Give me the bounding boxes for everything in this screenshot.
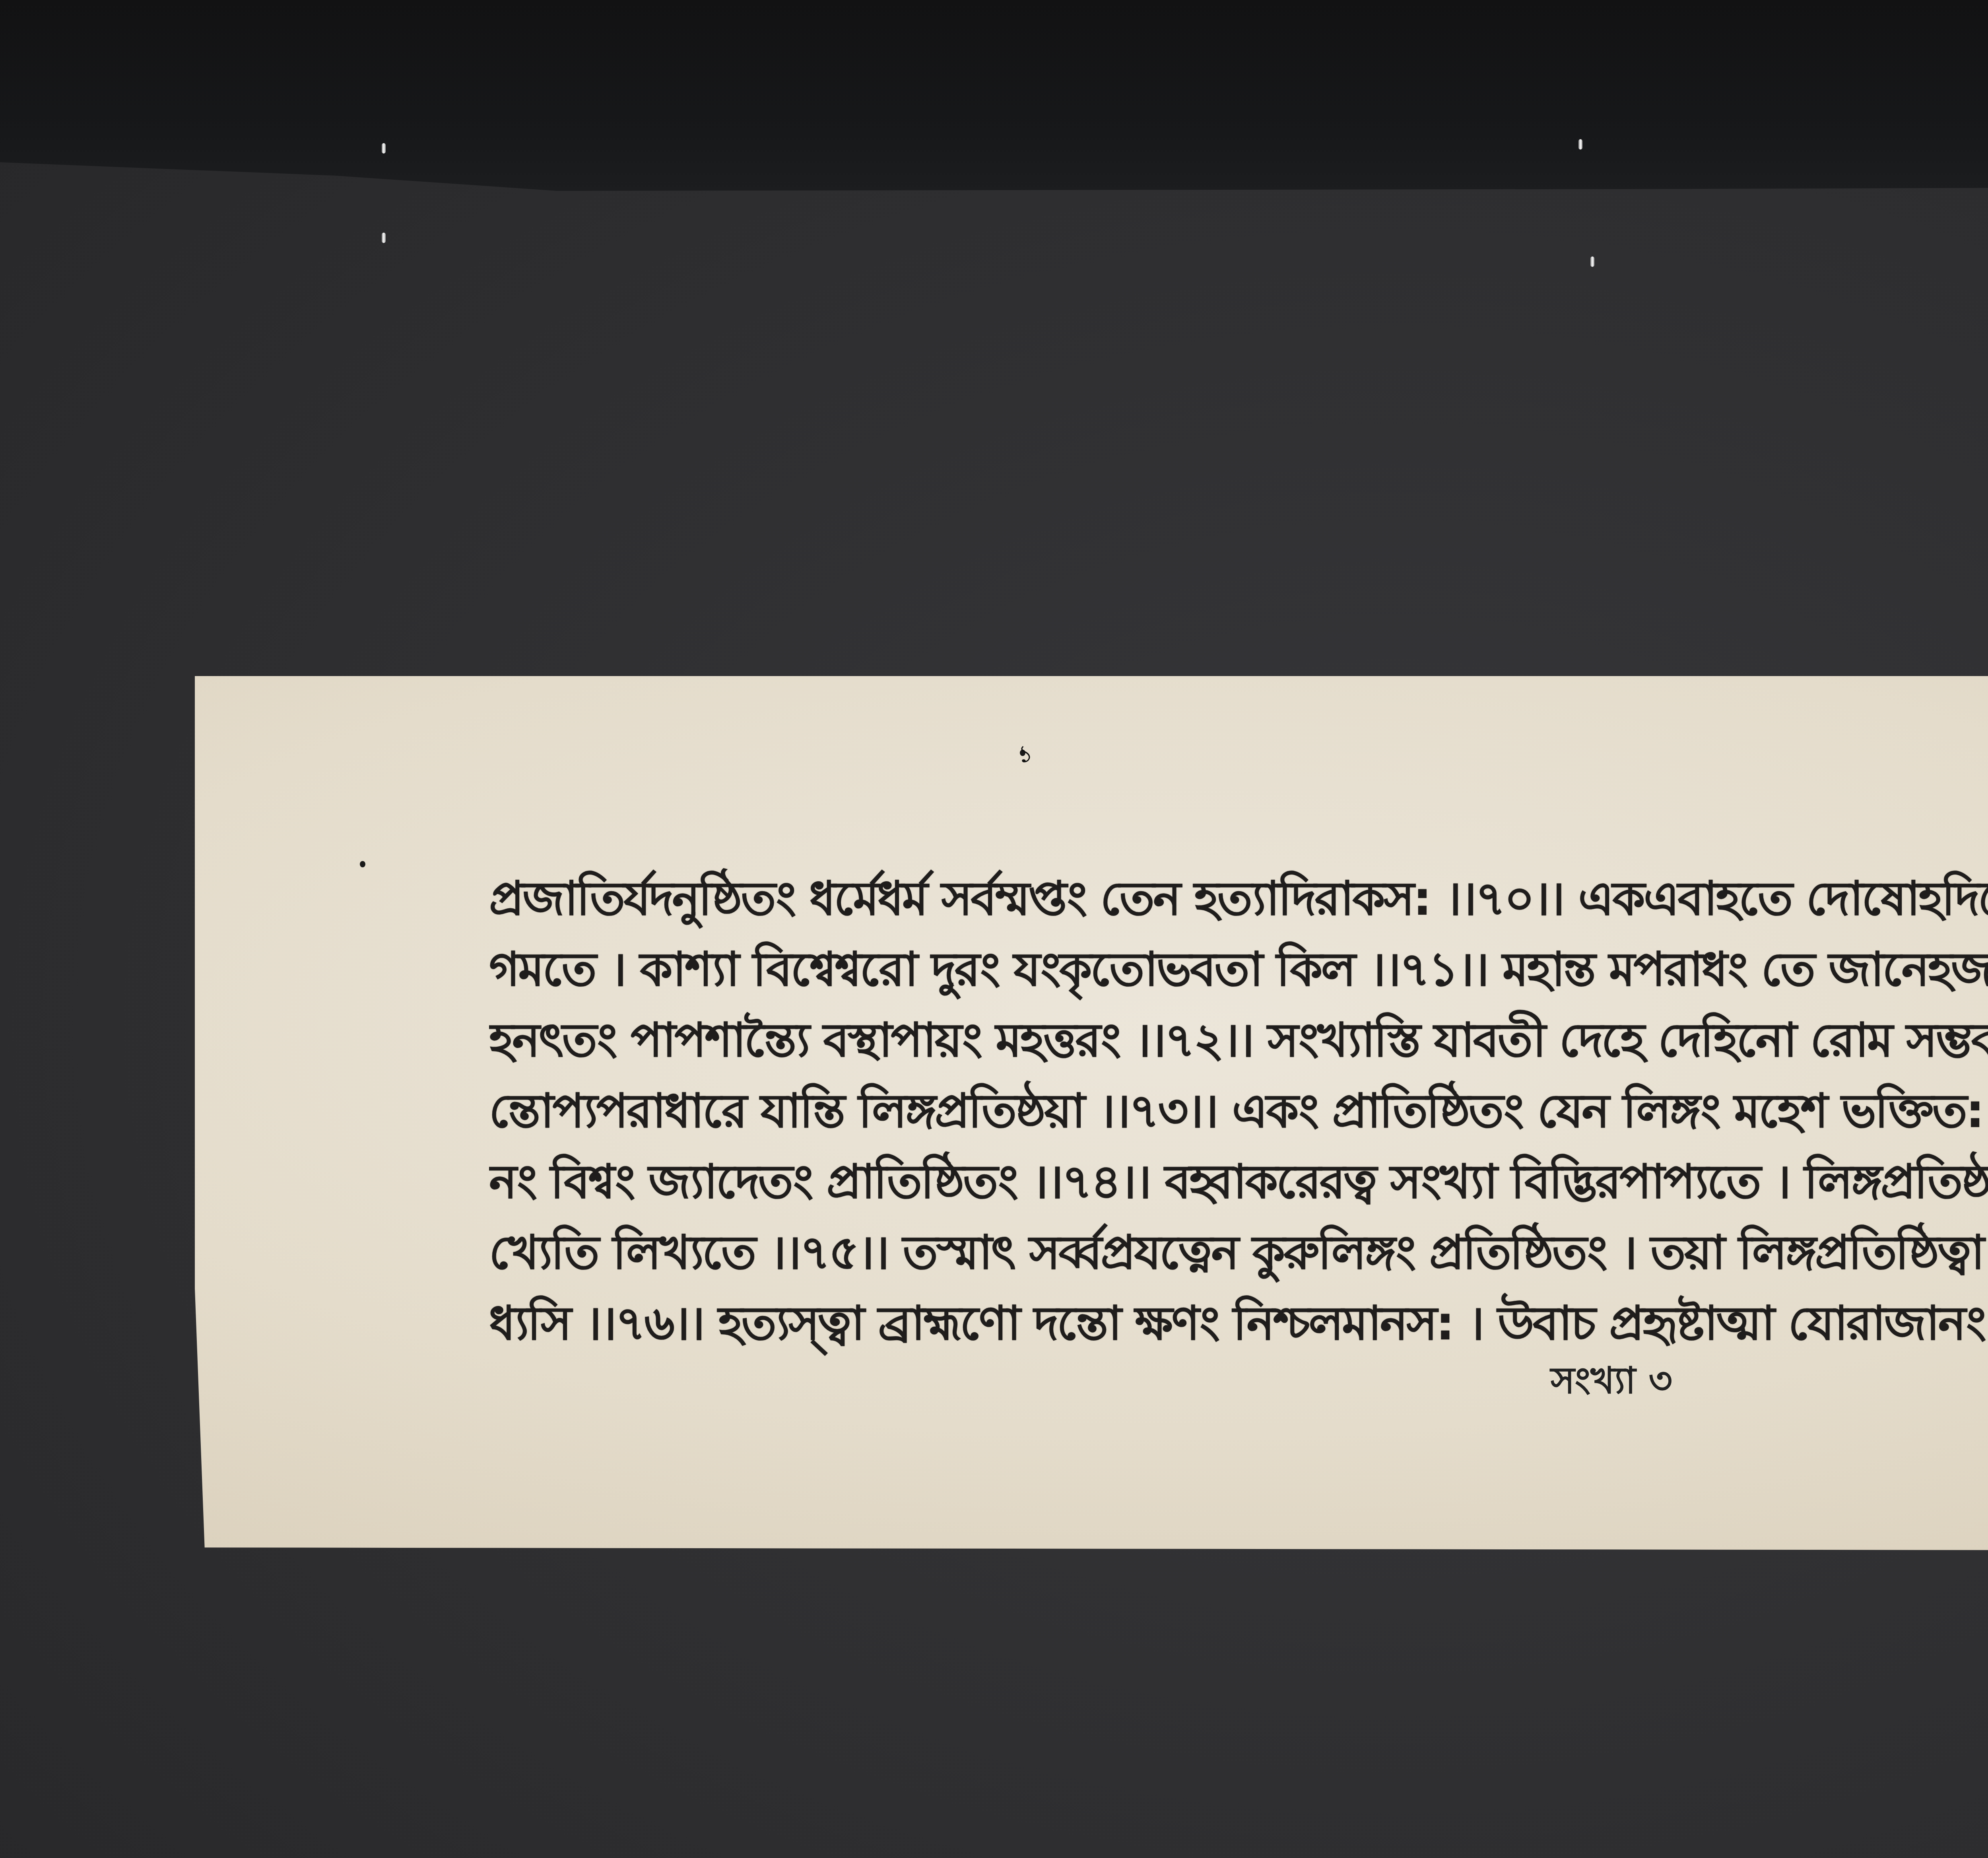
- text-line: ন্তোপ্যপরাধারে যান্তি লিঙ্গপ্রতিষ্ঠয়া ।…: [489, 1075, 1988, 1146]
- pin-icon: [382, 143, 386, 154]
- pin-icon: [1578, 139, 1582, 150]
- marginal-note: ১: [1018, 736, 1033, 775]
- manuscript-text: প্রজাতির্যদনুষ্ঠিতং ধর্মেধর্ম সর্বম্মপ্ত…: [489, 863, 1988, 1359]
- text-line: প্রজাতির্যদনুষ্ঠিতং ধর্মেধর্ম সর্বম্মপ্ত…: [489, 863, 1988, 934]
- text-line: ধ্যসি ।।৭৬।। হত্যস্ত্বা ব্রাহ্মণো দন্তো …: [489, 1288, 1988, 1359]
- text-line: নং বিশ্বং জ্যাদেতং প্রাতিষ্ঠিতং ।।৭৪।। ব…: [489, 1146, 1988, 1217]
- text-line: হনৎতং পাপশান্ত্যৈ বস্থাপায়ং মহত্তরং ।।৭…: [489, 1005, 1988, 1075]
- pin-icon: [382, 233, 386, 243]
- text-line: খ্যেতি লিখ্যতে ।।৭৫।। তস্মাৎ সর্ব্বপ্রযত…: [489, 1217, 1988, 1288]
- mount-flap: [0, 0, 1988, 191]
- folio-caption: সংখ্যা ৩: [1551, 1352, 1672, 1413]
- text-line: গমতে । কাশ্যা বিশ্বেশ্বরো দুরং যংকৃতোভবত…: [489, 934, 1988, 1005]
- pin-icon: [1590, 257, 1594, 267]
- ink-mark: [360, 861, 365, 867]
